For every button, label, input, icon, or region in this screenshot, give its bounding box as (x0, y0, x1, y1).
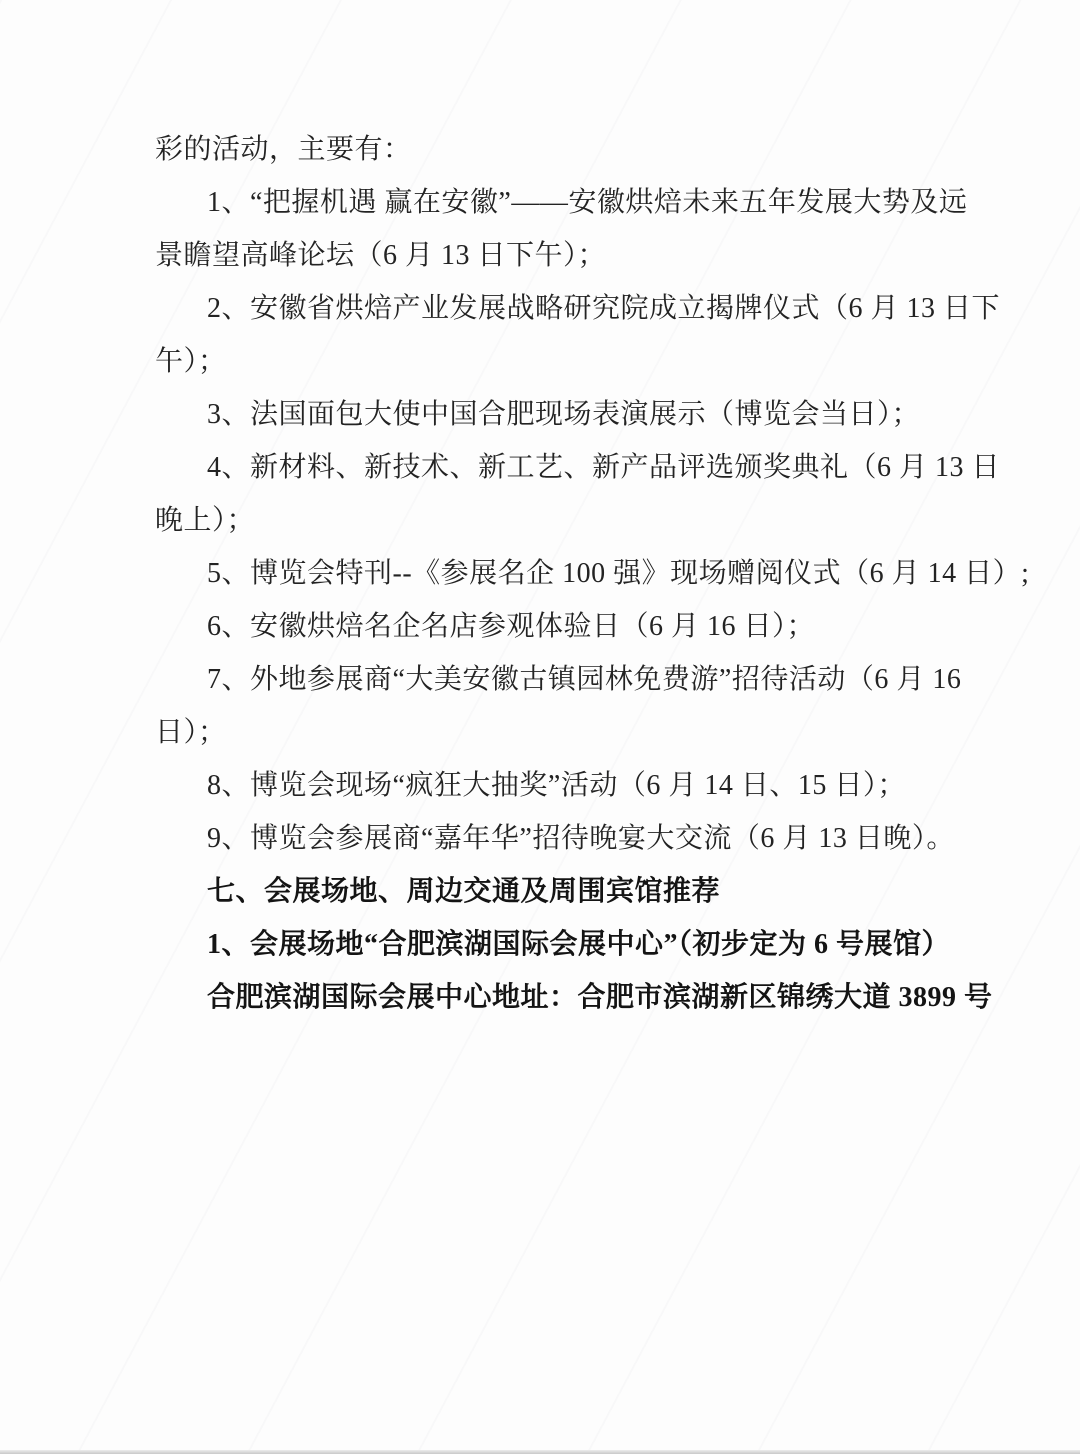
document-line-8: 晚上）； (155, 494, 935, 547)
document-line-16: 1、会展场地“合肥滨湖国际会展中心”（初步定为 6 号展馆） (155, 918, 935, 971)
document-page: 彩的活动，主要有：1、“把握机遇 赢在安徽”——安徽烘焙未来五年发展大势及远景瞻… (0, 0, 1080, 1454)
document-line-15: 七、会展场地、周边交通及周围宾馆推荐 (155, 865, 935, 918)
document-line-5: 午）； (155, 335, 935, 388)
document-line-13: 8、博览会现场“疯狂大抽奖”活动（6 月 14 日、15 日）； (155, 759, 935, 812)
document-line-2: 1、“把握机遇 赢在安徽”——安徽烘焙未来五年发展大势及远 (155, 176, 935, 229)
document-content: 彩的活动，主要有：1、“把握机遇 赢在安徽”——安徽烘焙未来五年发展大势及远景瞻… (155, 123, 935, 1024)
document-line-9: 5、博览会特刊--《参展名企 100 强》现场赠阅仪式（6 月 14 日）; (155, 547, 935, 600)
document-line-3: 景瞻望高峰论坛（6 月 13 日下午）； (155, 229, 935, 282)
document-line-1: 彩的活动，主要有： (155, 123, 935, 176)
document-line-17: 合肥滨湖国际会展中心地址：合肥市滨湖新区锦绣大道 3899 号 (155, 971, 935, 1024)
document-line-4: 2、安徽省烘焙产业发展战略研究院成立揭牌仪式（6 月 13 日下 (155, 282, 935, 335)
document-line-10: 6、安徽烘焙名企名店参观体验日（6 月 16 日）； (155, 600, 935, 653)
document-line-14: 9、博览会参展商“嘉年华”招待晚宴大交流（6 月 13 日晚）。 (155, 812, 935, 865)
document-line-12: 日）； (155, 706, 935, 759)
page-bottom-edge (0, 1450, 1080, 1454)
document-line-7: 4、新材料、新技术、新工艺、新产品评选颁奖典礼（6 月 13 日 (155, 441, 935, 494)
document-line-6: 3、法国面包大使中国合肥现场表演展示（博览会当日）； (155, 388, 935, 441)
document-line-11: 7、外地参展商“大美安徽古镇园林免费游”招待活动（6 月 16 (155, 653, 935, 706)
